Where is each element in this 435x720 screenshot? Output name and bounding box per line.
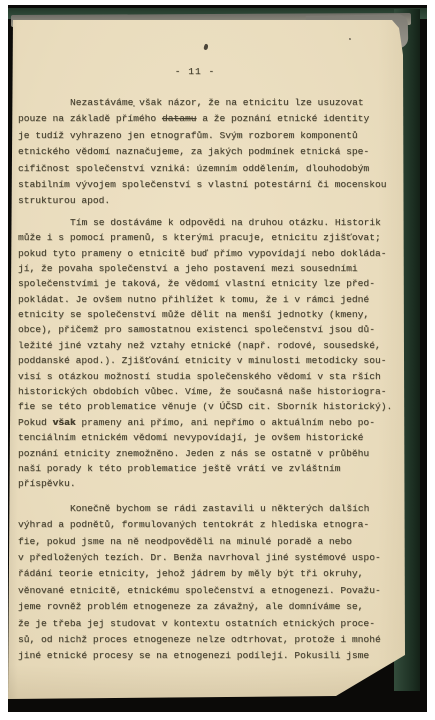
text-line: fie, pokud jsme na ně neodpověděli na mi… [18, 534, 404, 550]
text-line: příspěvku. [18, 476, 404, 491]
page-number: - 11 - [8, 64, 388, 80]
text-line: Nezastáváme však názor, že na etnicitu l… [18, 95, 404, 111]
struck-word: datamu [162, 113, 197, 124]
text-line: v předložených tezích. Dr. Benža navrhov… [18, 550, 404, 566]
text-line: historických obdobích vůbec. Víme, že so… [18, 384, 404, 399]
paragraph: Nezastáváme však názor, že na etnicitu l… [18, 95, 404, 210]
typewritten-text-block: - 11 - Nezastáváme však názor, že na etn… [18, 64, 404, 665]
text-line: etnického vědomí naznačujeme, za jakých … [18, 144, 404, 160]
document-page: - 11 - Nezastáváme však názor, že na etn… [8, 5, 427, 712]
text-line: fie se této problematice věnuje (v ÚČSD … [18, 399, 404, 414]
paragraph: Tím se dostáváme k odpovědi na druhou ot… [18, 215, 404, 492]
text-line: jí, že povaha společenství a jeho postav… [18, 261, 404, 276]
text-line: poznání etnicity znemožněno. Jeden z nás… [18, 446, 404, 461]
text-line: společenstvími je taková, že vědomí vlas… [18, 276, 404, 291]
text-line: pokládat. Je ovšem nutno přihlížet k tom… [18, 292, 404, 307]
text-line: poddanské apod.). Zjišťování etnicity v … [18, 353, 404, 368]
text-line: ležité jiné vztahy než vztahy etnické (n… [18, 338, 404, 353]
emphasized-word: však [53, 417, 76, 428]
text-line: je tudíž vyhrazeno jen etnografům. Svým … [18, 128, 404, 144]
text-line: jiné etnické procesy se na etnogenezi po… [18, 648, 404, 664]
paper-speck [203, 43, 209, 50]
text-line: Tím se dostáváme k odpovědi na druhou ot… [18, 215, 404, 230]
text-line: může i s pomocí pramenů, s kterými pracu… [18, 230, 404, 245]
paper-speck [349, 38, 351, 40]
text-line: strukturou apod. [18, 193, 404, 209]
text-line: jeme rovněž problém etnogeneze za závažn… [18, 599, 404, 615]
paragraph: Konečně bychom se rádi zastavili u někte… [18, 501, 404, 665]
text-line: visí s otázkou možností studia společens… [18, 369, 404, 384]
text-line: Pokud však prameny ani přímo, ani nepřím… [18, 415, 404, 430]
text-line: že je třeba jej studovat v kontextu osta… [18, 616, 404, 632]
text-line: věnované etnicitě, etnickému společenstv… [18, 583, 404, 599]
text-line: sů, od nichž proces etnogeneze nelze odt… [18, 632, 404, 648]
text-line: etnicity se společenství může dělit na m… [18, 307, 404, 322]
text-line: naší porady k této problematice ještě vr… [18, 461, 404, 476]
text-line: Konečně bychom se rádi zastavili u někte… [18, 501, 404, 517]
text-line: řádání teorie etnicity, jehož jádrem by … [18, 566, 404, 582]
text-line: cifičnost společenství vzniká: územním o… [18, 161, 404, 177]
text-line: stabilním vývojem společenství s vlastní… [18, 177, 404, 193]
text-line: pouze na základě přímého datamu a že poz… [18, 111, 404, 127]
text-line: výhrad a podnětů, formulovaných tentokrá… [18, 517, 404, 533]
book-scan-photo: - 11 - Nezastáváme však názor, že na etn… [8, 5, 427, 712]
text-line: pokud tyto prameny o etnicitě buď přímo … [18, 246, 404, 261]
text-line: tenciálním etnickém vědomí nevypovídají,… [18, 430, 404, 445]
text-line: obce), přičemž pro samostatnou existenci… [18, 322, 404, 337]
body-text: Nezastáváme však názor, že na etnicitu l… [18, 95, 404, 665]
